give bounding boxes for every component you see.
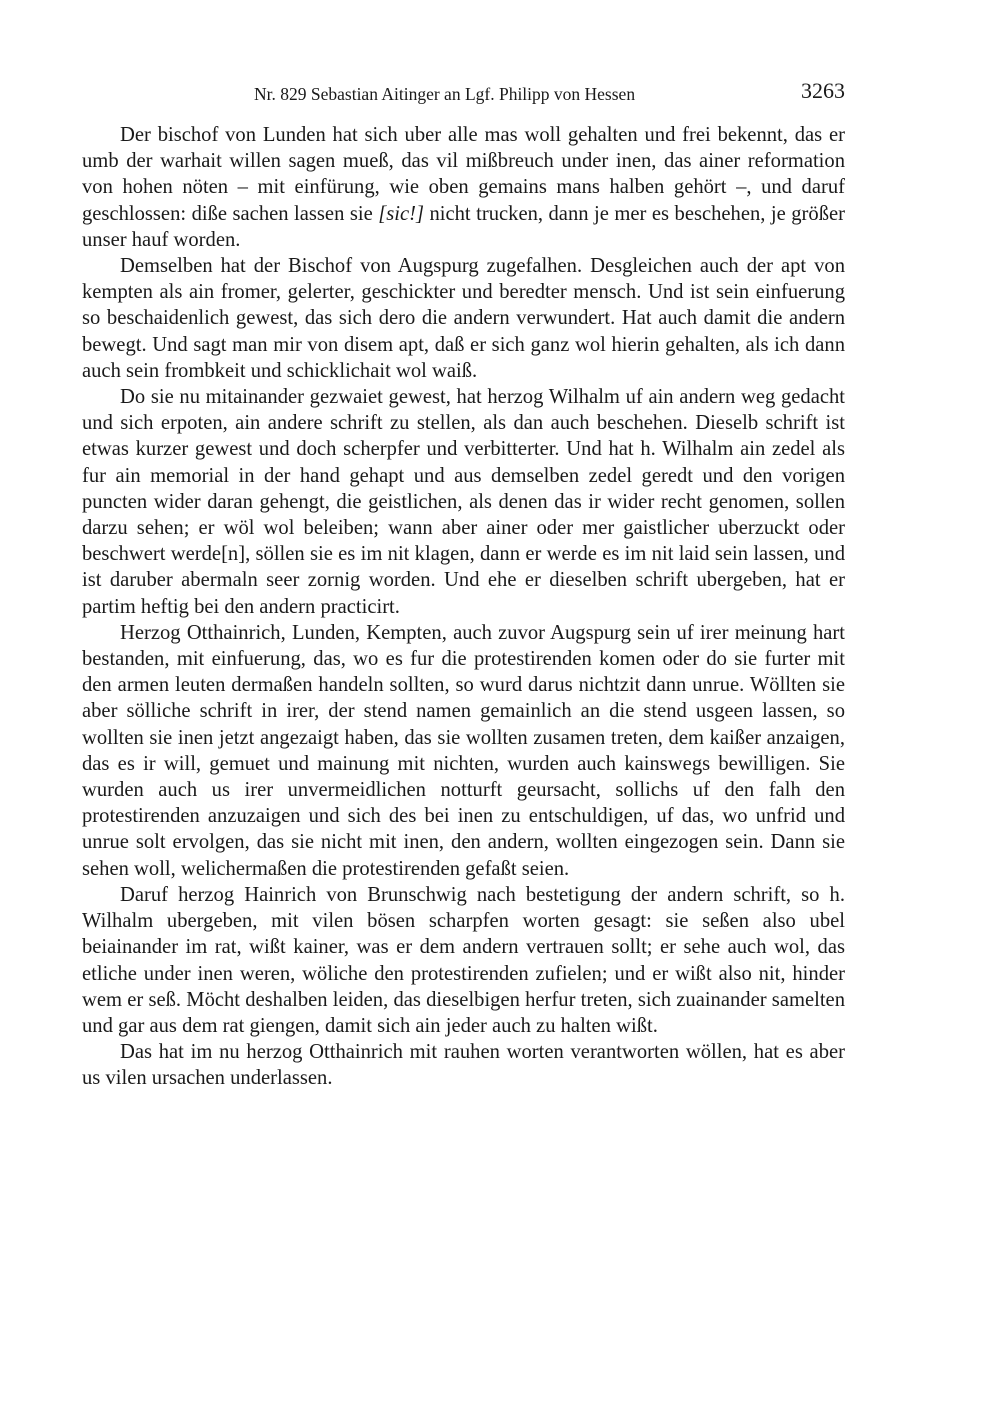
paragraph-bishop-lunden: Der bischof von Lunden hat sich uber all… [82,122,845,253]
sic-annotation: [sic!] [378,203,424,225]
page-number: 3263 [801,78,845,104]
paragraph-duke-otthainrich: Herzog Otthainrich, Lunden, Kempten, auc… [82,620,845,882]
running-title: Nr. 829 Sebastian Aitinger an Lgf. Phili… [254,84,635,105]
paragraph-bishop-augspurg: Demselben hat der Bischof von Augspurg z… [82,253,845,384]
document-page: Nr. 829 Sebastian Aitinger an Lgf. Phili… [82,78,845,1092]
running-header: Nr. 829 Sebastian Aitinger an Lgf. Phili… [82,78,845,108]
paragraph-duke-hainrich: Daruf herzog Hainrich von Brunschwig nac… [82,882,845,1039]
paragraph-closing: Das hat im nu herzog Otthainrich mit rau… [82,1039,845,1091]
paragraph-duke-wilhalm: Do sie nu mitainander gezwaiet gewest, h… [82,384,845,620]
body-text: Der bischof von Lunden hat sich uber all… [82,122,845,1092]
